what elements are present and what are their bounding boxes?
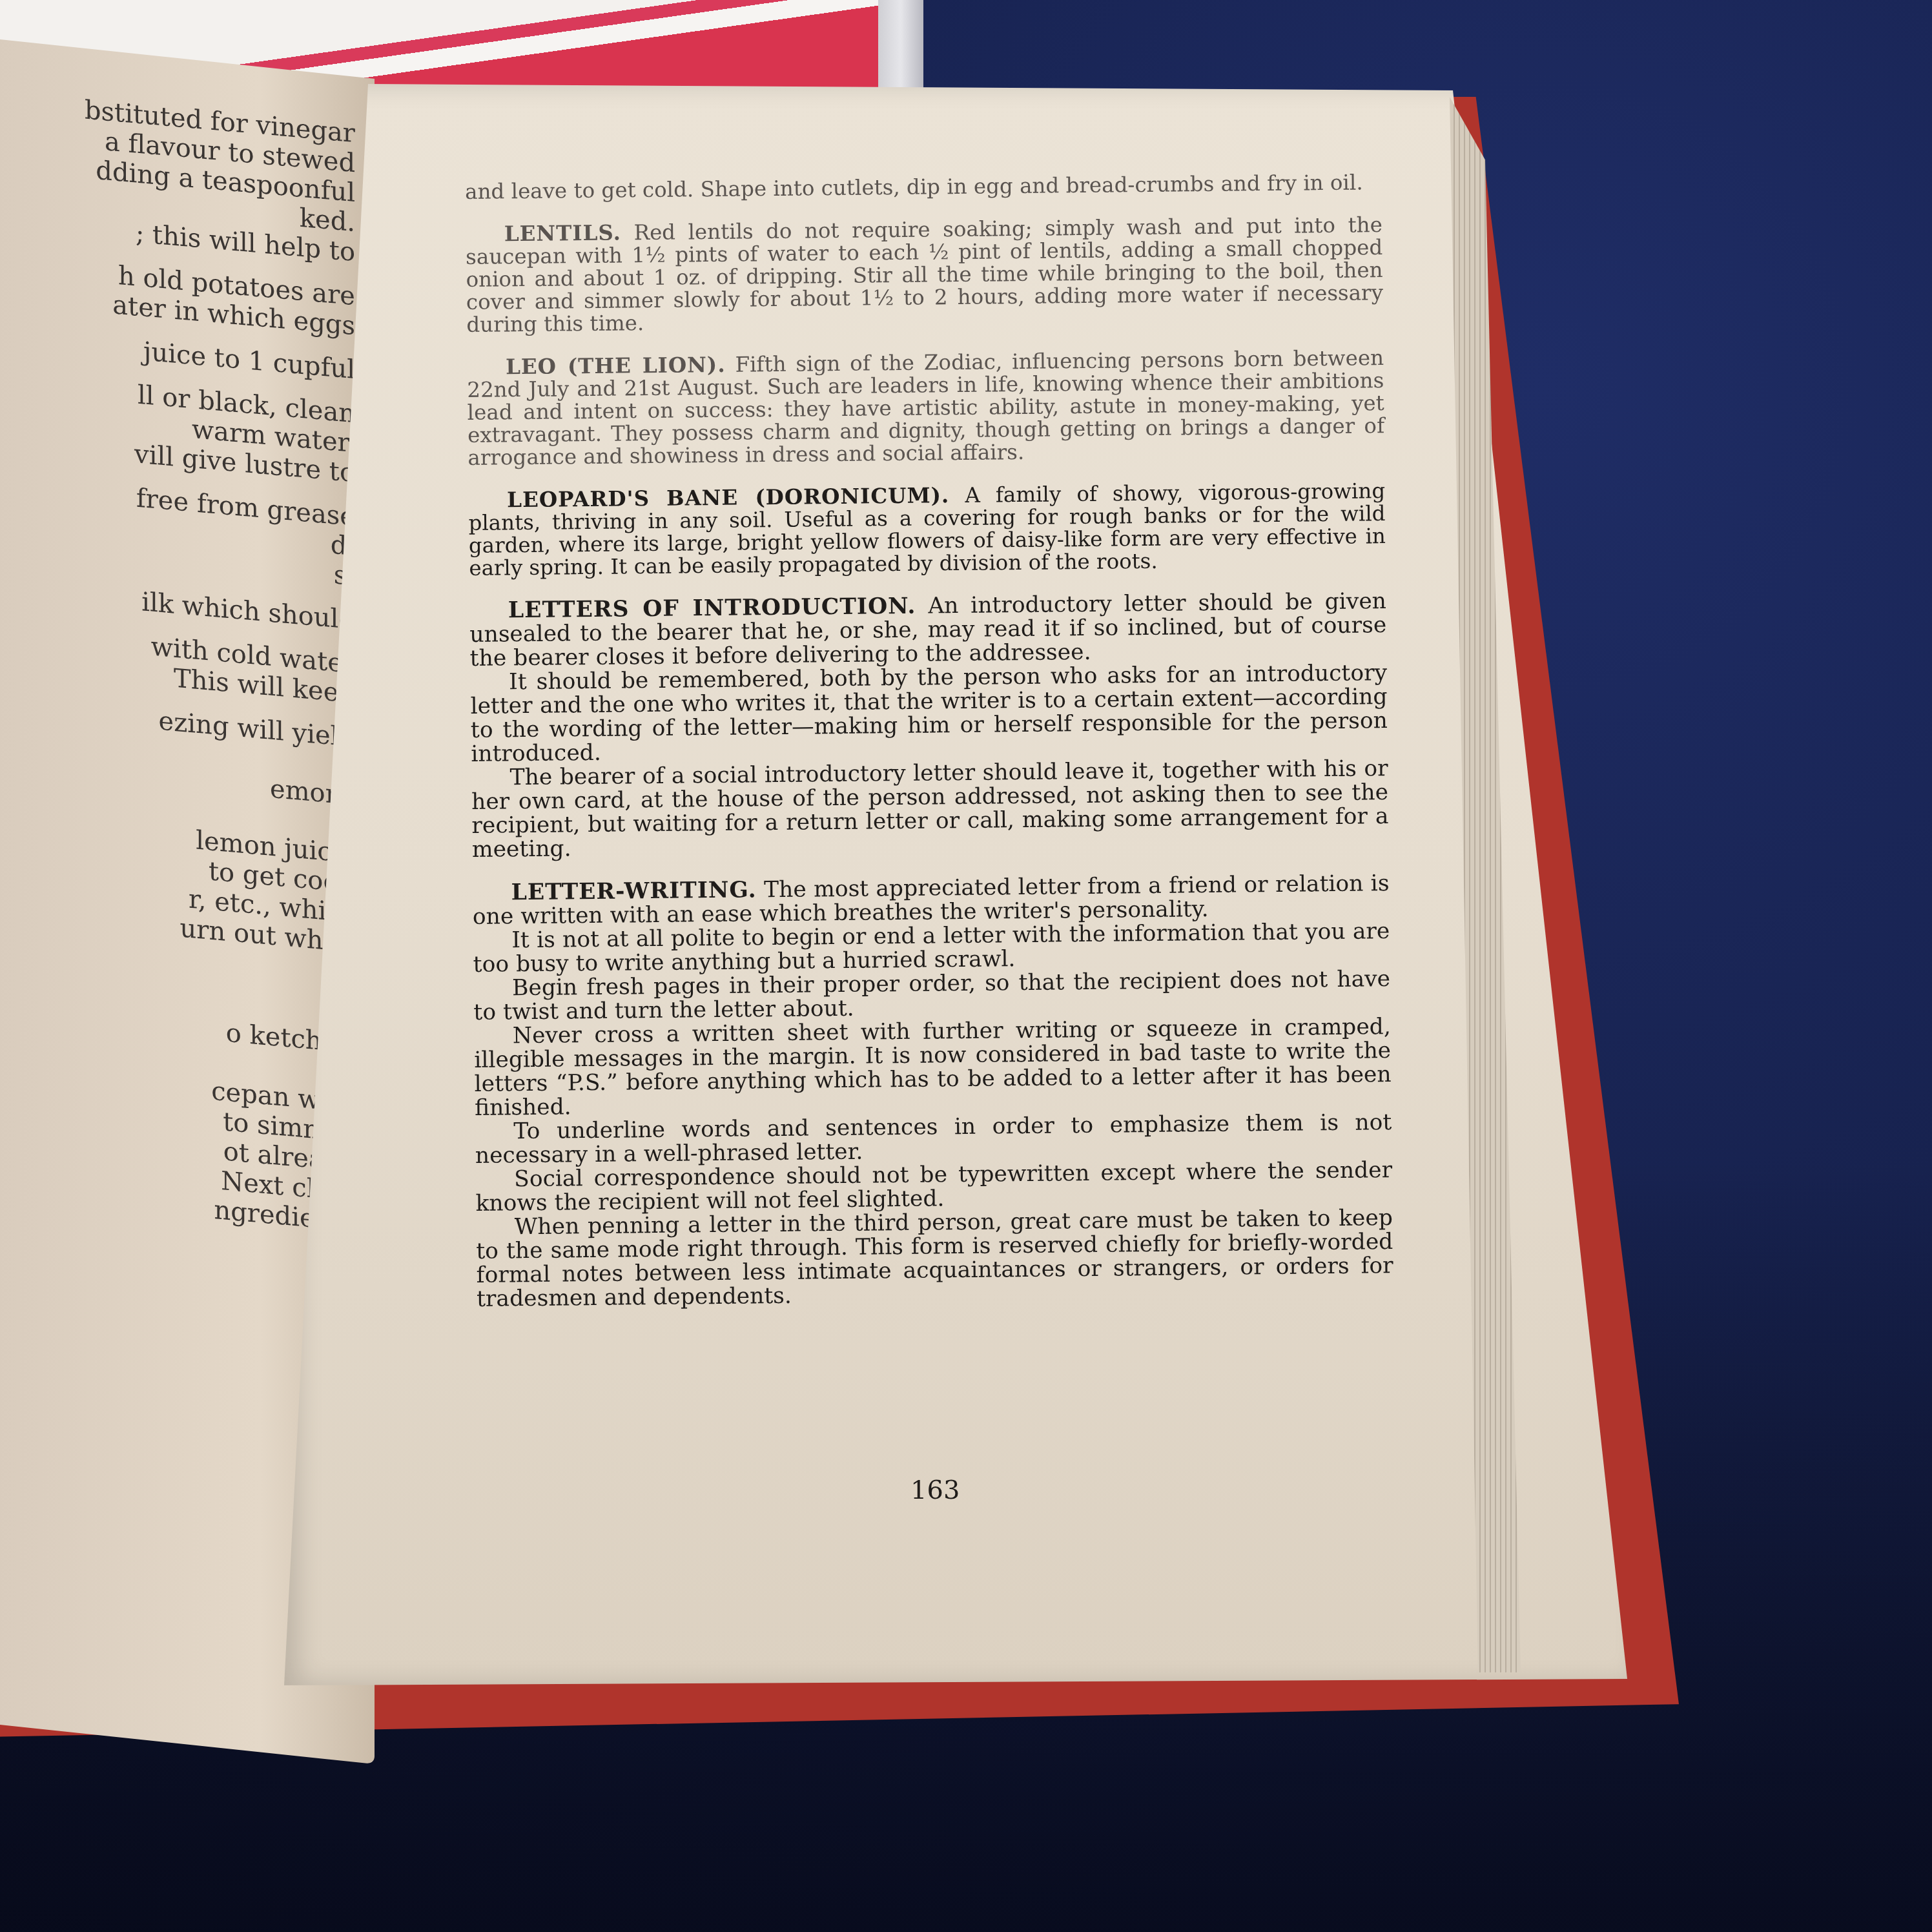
entry-paragraph: Never cross a written sheet with further… [474, 1015, 1392, 1120]
entry-letter-writing: LETTER-WRITING. The most appreciated let… [472, 872, 1393, 1311]
right-page-text: and leave to get cold. Shape into cutlet… [465, 171, 1394, 1331]
entry-heading: LENTILS. [504, 220, 622, 246]
entry-leopards-bane: LEOPARD'S BANE (DORONICUM). A family of … [468, 479, 1386, 580]
entry-leo: LEO (THE LION). Fifth sign of the Zodiac… [467, 346, 1385, 469]
page-number: 163 [910, 1475, 960, 1505]
entry-letters-of-introduction: LETTERS OF INTRODUCTION. An introductory… [469, 590, 1389, 862]
entry-paragraph: When penning a letter in the third perso… [476, 1206, 1393, 1311]
entry-lentils: LENTILS. Red lentils do not require soak… [466, 213, 1384, 336]
towel-fold [878, 0, 923, 90]
entry-paragraph: It should be remembered, both by the per… [470, 661, 1388, 766]
entry-paragraph: The bearer of a social introductory lett… [471, 757, 1388, 862]
